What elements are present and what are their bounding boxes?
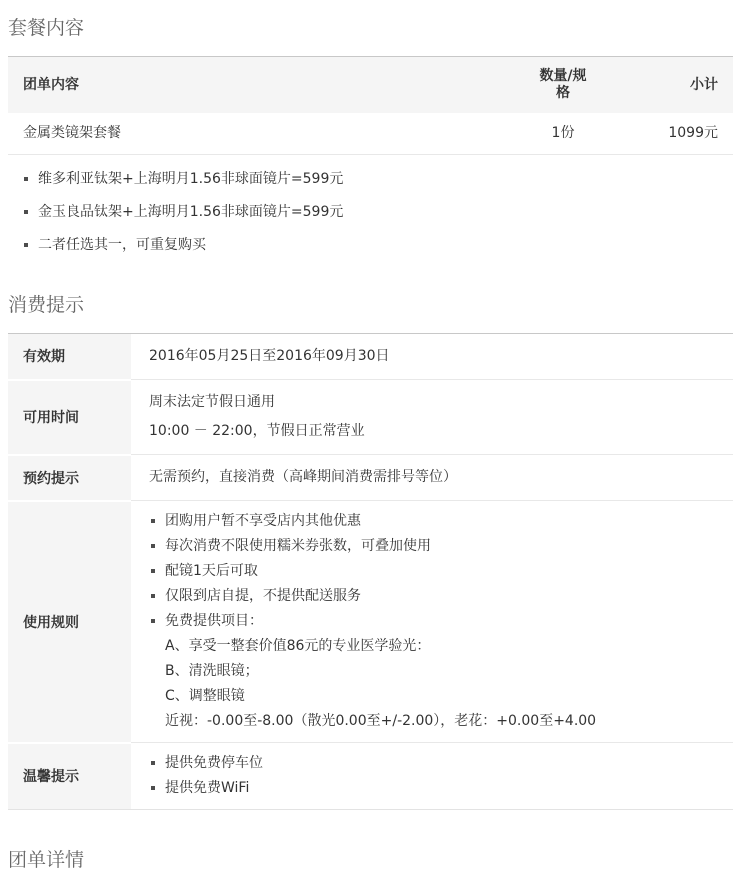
section-title-package-content: 套餐内容 <box>8 16 733 40</box>
free-items-sublist: A、享受一整套价值86元的专业医学验光： B、清洗眼镜； C、调整眼镜 近视：-… <box>149 634 715 734</box>
package-table-header-row: 团单内容 数量/规格 小计 <box>8 57 733 114</box>
row-label-validity: 有效期 <box>8 334 131 380</box>
list-item: 二者任选其一，可重复购买 <box>22 235 733 255</box>
table-row-reservation: 预约提示 无需预约，直接消费（高峰期间消费需排号等位） <box>8 455 733 501</box>
package-subtotal: 1099元 <box>608 113 733 155</box>
list-item: 金玉良品钛架+上海明月1.56非球面镜片=599元 <box>22 202 733 222</box>
list-item: 每次消费不限使用糯米券张数，可叠加使用 <box>149 534 715 559</box>
package-name: 金属类镜架套餐 <box>8 113 518 155</box>
validity-line: 2016年05月25日至2016年09月30日 <box>149 342 715 371</box>
list-item: 仅限到店自提，不提供配送服务 <box>149 584 715 609</box>
section-title-consumption-tips: 消费提示 <box>8 293 733 317</box>
table-row-warm-tips: 温馨提示 提供免费停车位 提供免费WiFi <box>8 743 733 810</box>
available-time-value: 周末法定节假日通用 10:00 － 22:00，节假日正常营业 <box>131 380 733 455</box>
table-row-usage-rules: 使用规则 团购用户暂不享受店内其他优惠 每次消费不限使用糯米券张数，可叠加使用 … <box>8 501 733 743</box>
column-header-deal-content: 团单内容 <box>8 57 518 114</box>
subline-item: B、清洗眼镜； <box>149 659 715 684</box>
row-label-available-time: 可用时间 <box>8 380 131 455</box>
subline-item: 近视：-0.00至-8.00（散光0.00至+/-2.00），老花：+0.00至… <box>149 709 715 734</box>
list-item: 免费提供项目： <box>149 609 715 634</box>
table-row-available-time: 可用时间 周末法定节假日通用 10:00 － 22:00，节假日正常营业 <box>8 380 733 455</box>
table-row-validity: 有效期 2016年05月25日至2016年09月30日 <box>8 334 733 380</box>
row-label-reservation: 预约提示 <box>8 455 131 501</box>
subline-item: A、享受一整套价值86元的专业医学验光： <box>149 634 715 659</box>
reservation-line: 无需预约，直接消费（高峰期间消费需排号等位） <box>149 463 715 492</box>
row-label-usage-rules: 使用规则 <box>8 501 131 743</box>
deal-detail-page: 套餐内容 团单内容 数量/规格 小计 金属类镜架套餐 1份 1099元 维多利亚… <box>0 0 741 896</box>
reservation-value: 无需预约，直接消费（高峰期间消费需排号等位） <box>131 455 733 501</box>
consumption-tips-table: 有效期 2016年05月25日至2016年09月30日 可用时间 周末法定节假日… <box>8 333 733 810</box>
available-time-line: 周末法定节假日通用 <box>149 388 715 417</box>
row-label-warm-tips: 温馨提示 <box>8 743 131 810</box>
package-table: 团单内容 数量/规格 小计 金属类镜架套餐 1份 1099元 <box>8 56 733 155</box>
column-header-subtotal: 小计 <box>608 57 733 114</box>
list-item: 提供免费WiFi <box>149 776 715 801</box>
usage-rules-list: 团购用户暂不享受店内其他优惠 每次消费不限使用糯米券张数，可叠加使用 配镜1天后… <box>149 509 715 634</box>
table-row: 金属类镜架套餐 1份 1099元 <box>8 113 733 155</box>
package-quantity: 1份 <box>518 113 608 155</box>
package-table-header: 团单内容 数量/规格 小计 <box>8 57 733 114</box>
validity-value: 2016年05月25日至2016年09月30日 <box>131 334 733 380</box>
package-notes-list: 维多利亚钛架+上海明月1.56非球面镜片=599元 金玉良品钛架+上海明月1.5… <box>8 169 733 255</box>
warm-tips-value: 提供免费停车位 提供免费WiFi <box>131 743 733 810</box>
list-item: 配镜1天后可取 <box>149 559 715 584</box>
warm-tips-list: 提供免费停车位 提供免费WiFi <box>149 751 715 801</box>
usage-rules-value: 团购用户暂不享受店内其他优惠 每次消费不限使用糯米券张数，可叠加使用 配镜1天后… <box>131 501 733 743</box>
section-title-deal-details: 团单详情 <box>8 848 733 872</box>
column-header-quantity-spec: 数量/规格 <box>518 57 608 114</box>
list-item: 团购用户暂不享受店内其他优惠 <box>149 509 715 534</box>
subline-item: C、调整眼镜 <box>149 684 715 709</box>
available-time-line: 10:00 － 22:00，节假日正常营业 <box>149 417 715 446</box>
list-item: 提供免费停车位 <box>149 751 715 776</box>
list-item: 维多利亚钛架+上海明月1.56非球面镜片=599元 <box>22 169 733 189</box>
